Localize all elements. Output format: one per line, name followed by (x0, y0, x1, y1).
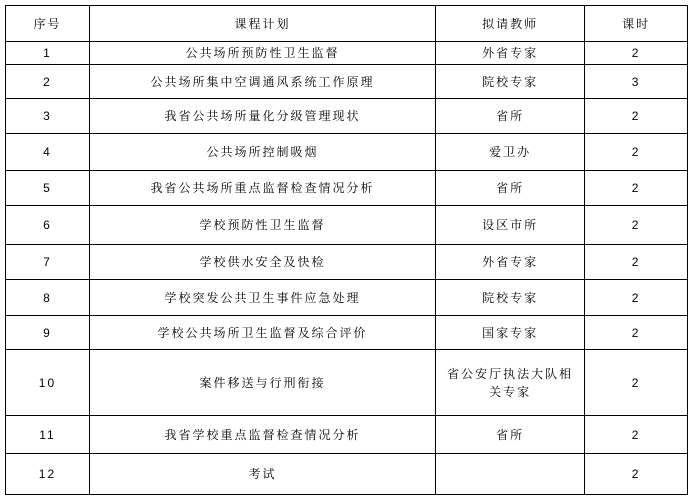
header-hours: 课时 (585, 6, 688, 42)
row-course: 我省学校重点监督检查情况分析 (89, 416, 435, 454)
table-row: 10案件移送与行刑衔接省公安厅执法大队相关专家2 (6, 350, 688, 416)
row-hours: 2 (585, 99, 688, 134)
row-teacher: 省所 (436, 99, 585, 134)
row-hours: 2 (585, 42, 688, 65)
row-course: 学校突发公共卫生事件应急处理 (89, 280, 435, 316)
row-teacher: 设区市所 (436, 206, 585, 245)
table-header-row: 序号 课程计划 拟请教师 课时 (6, 6, 688, 42)
table-row: 11我省学校重点监督检查情况分析省所2 (6, 416, 688, 454)
row-hours: 2 (585, 206, 688, 245)
table-row: 2公共场所集中空调通风系统工作原理院校专家3 (6, 65, 688, 99)
row-hours: 2 (585, 245, 688, 280)
row-index: 11 (6, 416, 90, 454)
row-course: 公共场所集中空调通风系统工作原理 (89, 65, 435, 99)
header-teacher: 拟请教师 (436, 6, 585, 42)
row-index: 7 (6, 245, 90, 280)
row-hours: 2 (585, 171, 688, 206)
row-teacher: 省公安厅执法大队相关专家 (436, 350, 585, 416)
row-hours: 2 (585, 454, 688, 495)
row-hours: 3 (585, 65, 688, 99)
row-course: 案件移送与行刑衔接 (89, 350, 435, 416)
row-index: 6 (6, 206, 90, 245)
row-course: 考试 (89, 454, 435, 495)
course-plan-table: 序号 课程计划 拟请教师 课时 1公共场所预防性卫生监督外省专家22公共场所集中… (5, 5, 688, 495)
row-hours: 2 (585, 416, 688, 454)
row-hours: 2 (585, 350, 688, 416)
row-teacher: 外省专家 (436, 245, 585, 280)
row-course: 学校供水安全及快检 (89, 245, 435, 280)
row-teacher: 爱卫办 (436, 134, 585, 171)
row-teacher: 院校专家 (436, 280, 585, 316)
row-index: 1 (6, 42, 90, 65)
row-course: 我省公共场所量化分级管理现状 (89, 99, 435, 134)
row-teacher: 院校专家 (436, 65, 585, 99)
row-hours: 2 (585, 134, 688, 171)
row-teacher (436, 454, 585, 495)
table-row: 5我省公共场所重点监督检查情况分析省所2 (6, 171, 688, 206)
table-row: 12考试2 (6, 454, 688, 495)
table-row: 9学校公共场所卫生监督及综合评价国家专家2 (6, 316, 688, 350)
header-course: 课程计划 (89, 6, 435, 42)
table-row: 1公共场所预防性卫生监督外省专家2 (6, 42, 688, 65)
row-course: 公共场所预防性卫生监督 (89, 42, 435, 65)
table-row: 8学校突发公共卫生事件应急处理院校专家2 (6, 280, 688, 316)
row-index: 3 (6, 99, 90, 134)
table-row: 6学校预防性卫生监督设区市所2 (6, 206, 688, 245)
table-row: 3我省公共场所量化分级管理现状省所2 (6, 99, 688, 134)
row-course: 学校预防性卫生监督 (89, 206, 435, 245)
table-row: 4公共场所控制吸烟爱卫办2 (6, 134, 688, 171)
row-index: 10 (6, 350, 90, 416)
row-index: 4 (6, 134, 90, 171)
row-index: 5 (6, 171, 90, 206)
row-hours: 2 (585, 280, 688, 316)
row-course: 学校公共场所卫生监督及综合评价 (89, 316, 435, 350)
row-teacher: 省所 (436, 171, 585, 206)
row-teacher: 省所 (436, 416, 585, 454)
row-index: 2 (6, 65, 90, 99)
row-course: 我省公共场所重点监督检查情况分析 (89, 171, 435, 206)
header-index: 序号 (6, 6, 90, 42)
row-course: 公共场所控制吸烟 (89, 134, 435, 171)
table-row: 7学校供水安全及快检外省专家2 (6, 245, 688, 280)
row-teacher: 外省专家 (436, 42, 585, 65)
row-index: 9 (6, 316, 90, 350)
row-teacher: 国家专家 (436, 316, 585, 350)
row-index: 8 (6, 280, 90, 316)
row-index: 12 (6, 454, 90, 495)
row-hours: 2 (585, 316, 688, 350)
